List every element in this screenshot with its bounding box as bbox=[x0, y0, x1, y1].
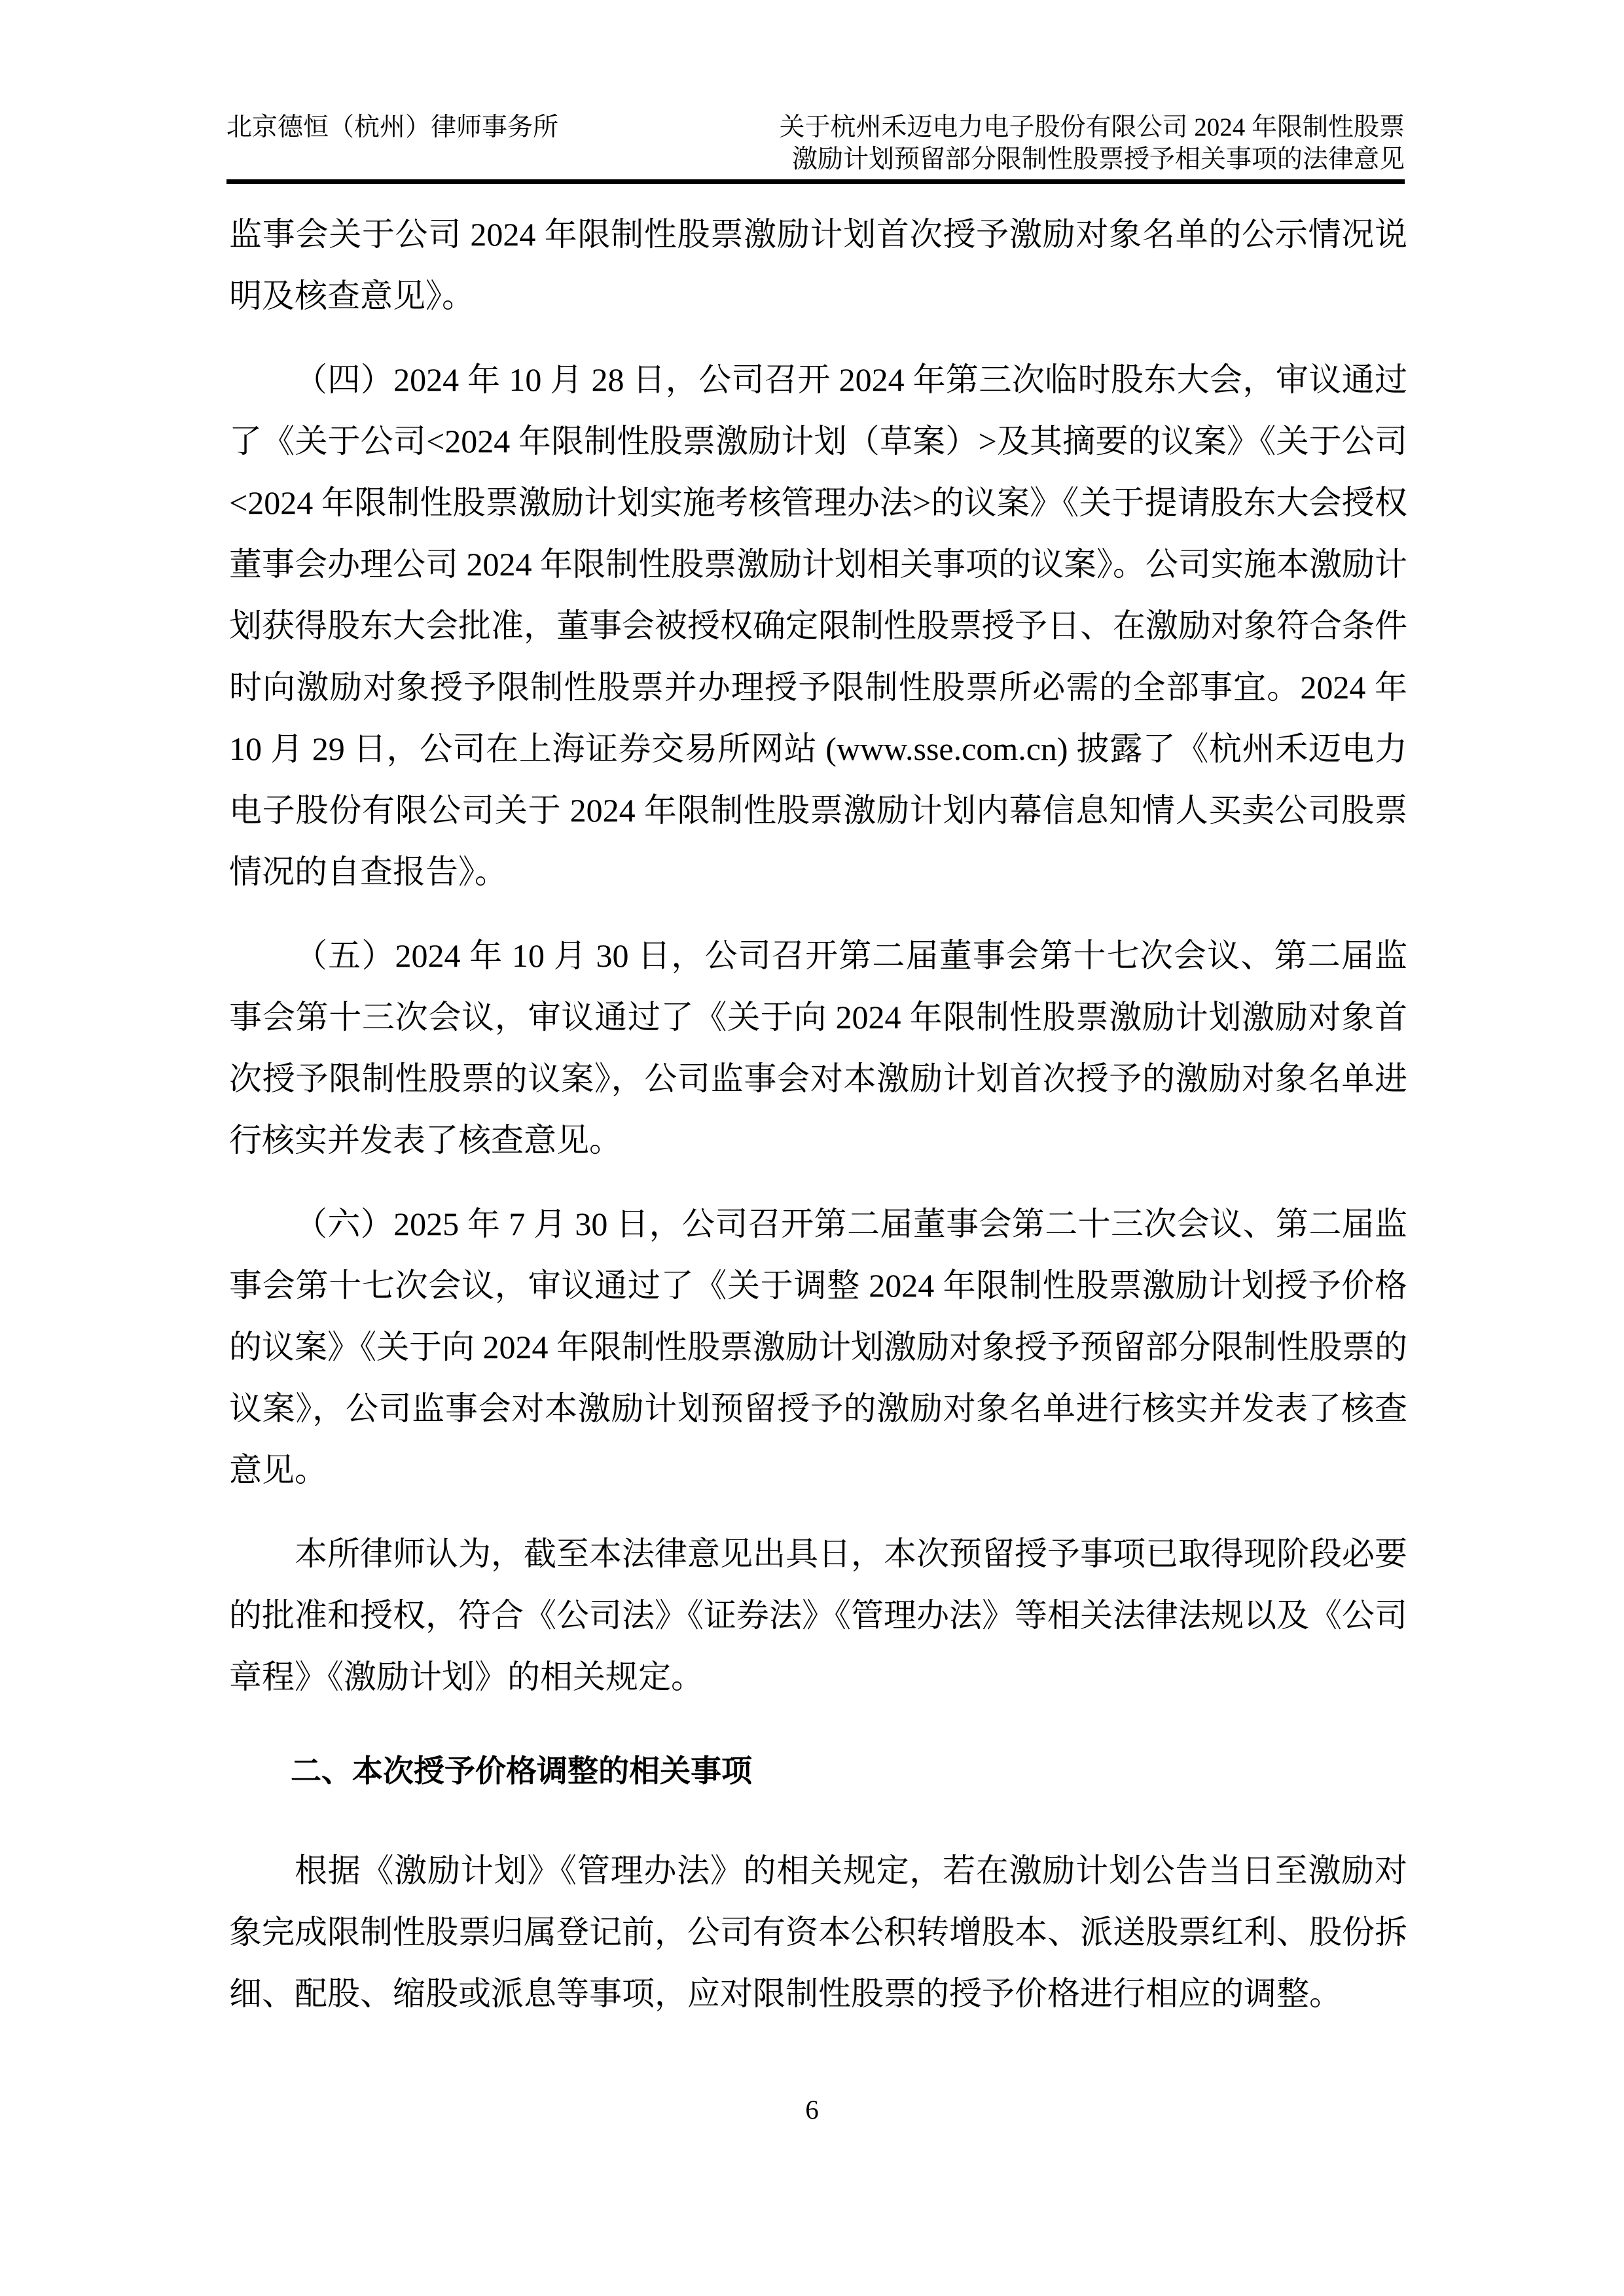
document-title: 关于杭州禾迈电力电子股份有限公司 2024 年限制性股票 激励计划预留部分限制性… bbox=[779, 111, 1405, 175]
paragraph-continuation: 监事会关于公司 2024 年限制性股票激励计划首次授予激励对象名单的公示情况说明… bbox=[229, 204, 1407, 327]
law-firm-name: 北京德恒（杭州）律师事务所 bbox=[226, 111, 558, 143]
paragraph-item-4: （四）2024 年 10 月 28 日，公司召开 2024 年第三次临时股东大会… bbox=[229, 349, 1407, 903]
document-title-line1: 关于杭州禾迈电力电子股份有限公司 2024 年限制性股票 bbox=[779, 111, 1405, 143]
paragraph-conclusion: 本所律师认为，截至本法律意见出具日，本次预留授予事项已取得现阶段必要的批准和授权… bbox=[229, 1523, 1407, 1708]
document-body: 监事会关于公司 2024 年限制性股票激励计划首次授予激励对象名单的公示情况说明… bbox=[229, 204, 1407, 2047]
paragraph-item-6: （六）2025 年 7 月 30 日，公司召开第二届董事会第二十三次会议、第二届… bbox=[229, 1193, 1407, 1501]
document-title-line2: 激励计划预留部分限制性股票授予相关事项的法律意见 bbox=[779, 143, 1405, 175]
section-heading-price-adjustment: 二、本次授予价格调整的相关事项 bbox=[229, 1740, 1407, 1802]
document-page: 北京德恒（杭州）律师事务所 关于杭州禾迈电力电子股份有限公司 2024 年限制性… bbox=[0, 0, 1624, 2296]
page-number: 6 bbox=[0, 2093, 1624, 2126]
paragraph-price-adjustment: 根据《激励计划》《管理办法》的相关规定，若在激励计划公告当日至激励对象完成限制性… bbox=[229, 1840, 1407, 2024]
page-header: 北京德恒（杭州）律师事务所 关于杭州禾迈电力电子股份有限公司 2024 年限制性… bbox=[226, 111, 1405, 184]
paragraph-item-5: （五）2024 年 10 月 30 日，公司召开第二届董事会第十七次会议、第二届… bbox=[229, 925, 1407, 1171]
